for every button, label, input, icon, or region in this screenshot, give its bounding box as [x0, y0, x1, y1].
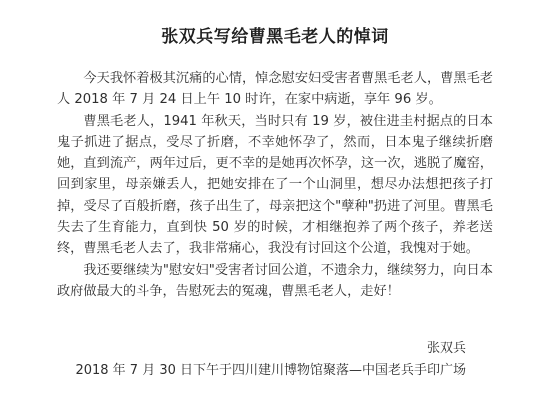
signature-name: 张双兵 — [75, 338, 466, 360]
eulogy-page: 张双兵写给曹黑毛老人的悼词 今天我怀着极其沉痛的心情，悼念慰安妇受害者曹黑毛老人… — [0, 0, 550, 396]
paragraph-biography: 曹黑毛老人，1941 年秋天，当时只有 19 岁，被住进圭村据点的日本鬼子抓进了… — [57, 111, 493, 260]
paragraph-opening: 今天我怀着极其沉痛的心情，悼念慰安妇受害者曹黑毛老人，曹黑毛老人 2018 年 … — [57, 68, 493, 111]
paragraph-closing: 我还要继续为"慰安妇"受害者讨回公道，不遗余力，继续努力，向日本政府做最大的斗争… — [57, 260, 493, 303]
signature-date-place: 2018 年 7 月 30 日下午于四川建川博物馆聚落—中国老兵手印广场 — [75, 360, 466, 382]
signature-block: 张双兵 2018 年 7 月 30 日下午于四川建川博物馆聚落—中国老兵手印广场 — [75, 338, 466, 381]
document-body: 今天我怀着极其沉痛的心情，悼念慰安妇受害者曹黑毛老人，曹黑毛老人 2018 年 … — [57, 68, 493, 302]
document-title: 张双兵写给曹黑毛老人的悼词 — [0, 22, 550, 47]
